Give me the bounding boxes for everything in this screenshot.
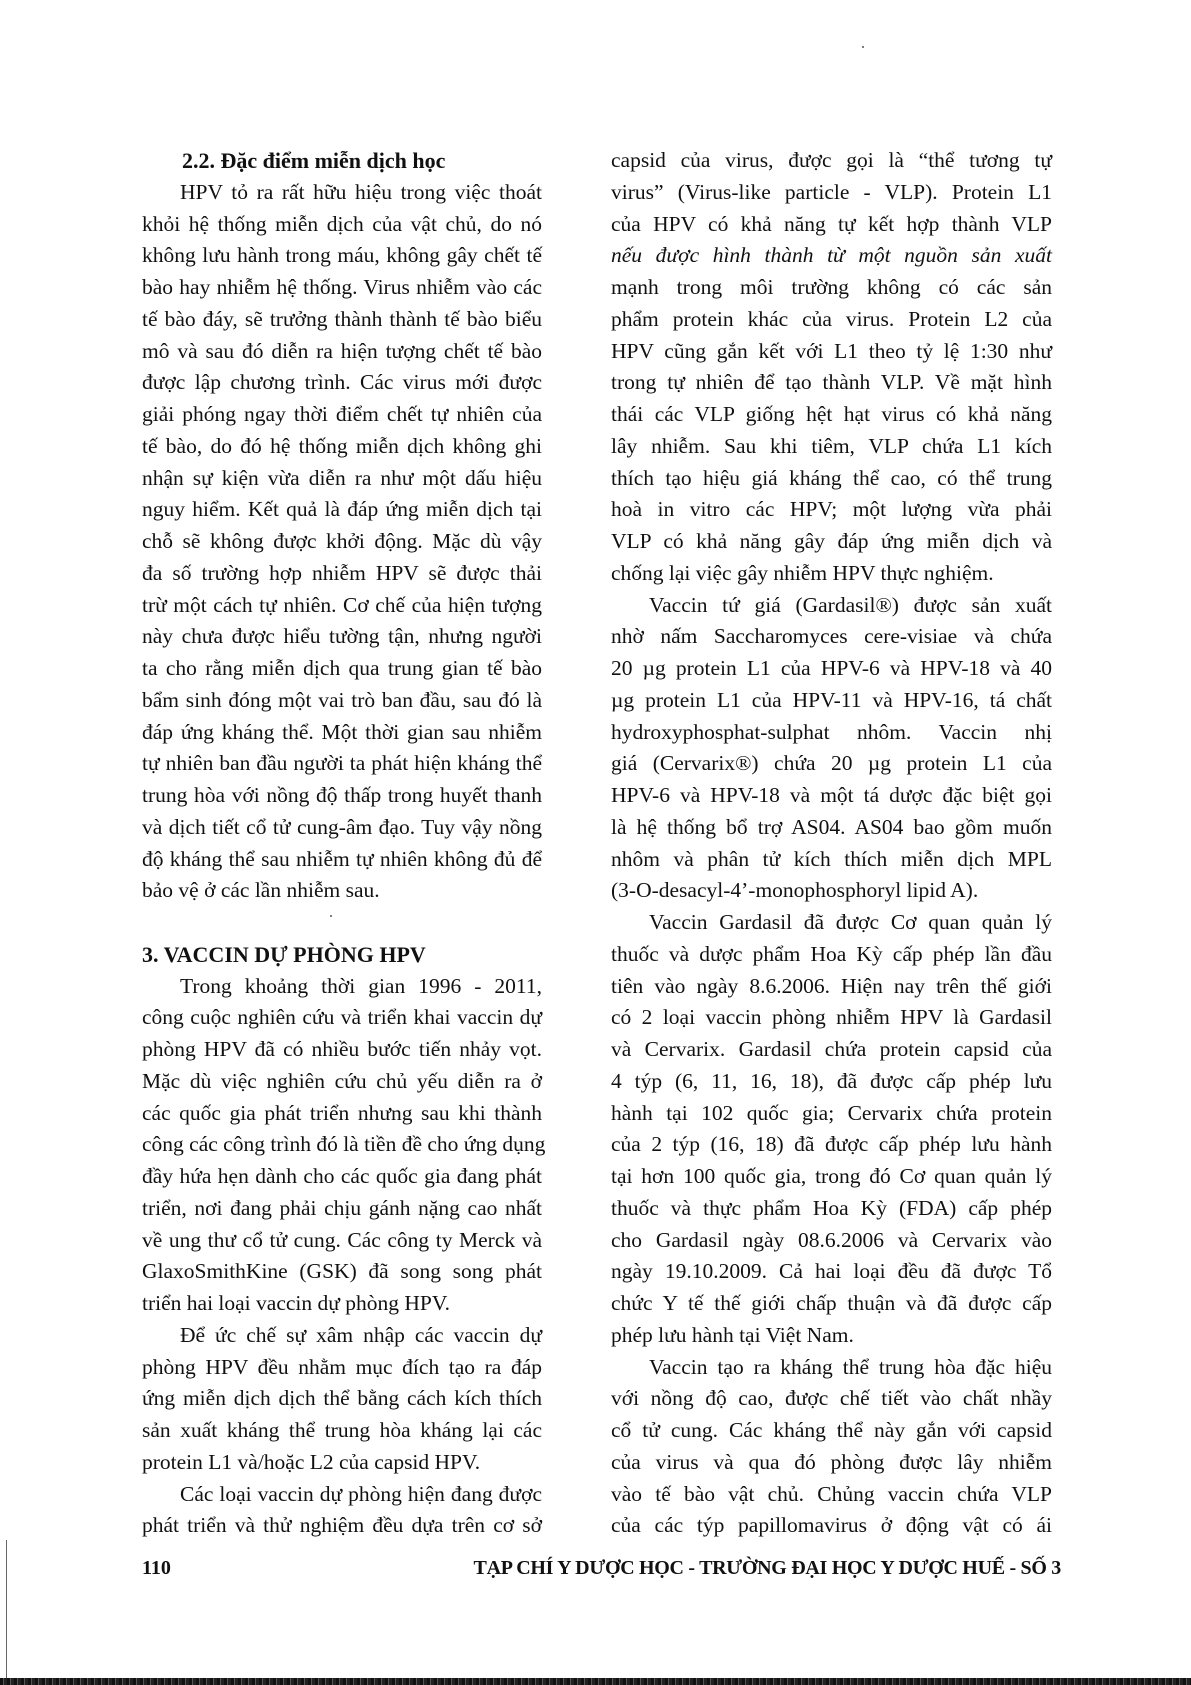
text-line: chức Y tế thế giới chấp thuận và đã được… (611, 1288, 1052, 1320)
text-line: hành tại 102 quốc gia; Cervarix chứa pro… (611, 1098, 1052, 1130)
text-line: cổ tử cung. Các kháng thể này gắn với ca… (611, 1415, 1052, 1447)
text-line: tế bào đáy, sẽ trưởng thành thành tế bào… (142, 304, 542, 336)
scan-speck (862, 46, 864, 48)
text-line: được lập chương trình. Các virus mới đượ… (142, 367, 542, 399)
text-line: HPV-6 và HPV-18 và một tá dược đặc biệt … (611, 780, 1052, 812)
text-line: nhôm và phân tử kích thích miễn dịch MPL (611, 844, 1052, 876)
text-line: phát triển và thử nghiệm đều dựa trên cơ… (142, 1510, 542, 1542)
text-line: thích tạo hiệu giá kháng thể cao, có thể… (611, 463, 1052, 495)
text-line: với nồng độ cao, được chế tiết vào chất … (611, 1383, 1052, 1415)
text-line: của 2 týp (16, 18) đã được cấp phép lưu … (611, 1129, 1052, 1161)
text-line: về ung thư cổ tử cung. Các công ty Merck… (142, 1225, 542, 1257)
text-line: ta cho rằng miễn dịch qua trung gian tế … (142, 653, 542, 685)
text-line: nếu được hình thành từ một nguồn sản xuấ… (611, 240, 1052, 272)
text-line: phòng HPV đã có nhiều bước tiến nhảy vọt… (142, 1034, 542, 1066)
text-line: độ kháng thể sau nhiễm tự nhiên không đủ… (142, 844, 542, 876)
text-line: giải phóng ngay thời điểm chết tự nhiên … (142, 399, 542, 431)
left-column: 2.2. Đặc điểm miễn dịch học HPV tỏ ra rấ… (142, 145, 542, 1542)
text-line: đầy hứa hẹn dành cho các quốc gia đang p… (142, 1161, 542, 1193)
text-line: HPV tỏ ra rất hữu hiệu trong việc thoát (142, 177, 542, 209)
text-line: trong tự nhiên để tạo thành VLP. Về mặt … (611, 367, 1052, 399)
scan-speck (330, 915, 332, 917)
text-line: nhờ nấm Saccharomyces cere-visiae và chứ… (611, 621, 1052, 653)
text-line: Vaccin tạo ra kháng thể trung hòa đặc hi… (611, 1352, 1052, 1384)
text-line: của các týp papillomavirus ở động vật có… (611, 1510, 1052, 1542)
text-line: GlaxoSmithKine (GSK) đã song song phát (142, 1256, 542, 1288)
text-line: µg protein L1 của HPV-11 và HPV-16, tá c… (611, 685, 1052, 717)
text-line: thuốc và thực phẩm Hoa Kỳ (FDA) cấp phép (611, 1193, 1052, 1225)
text-line: phép lưu hành tại Việt Nam. (611, 1320, 1052, 1352)
text-line: VLP có khả năng gây đáp ứng miễn dịch và (611, 526, 1052, 558)
text-line: phẩm protein khác của virus. Protein L2 … (611, 304, 1052, 336)
text-line: ngày 19.10.2009. Cả hai loại đều đã được… (611, 1256, 1052, 1288)
text-line: bào hay nhiễm hệ thống. Virus nhiễm vào … (142, 272, 542, 304)
text-line: capsid của virus, được gọi là “thể tương… (611, 145, 1052, 177)
text-line: HPV cũng gắn kết với L1 theo tỷ lệ 1:30 … (611, 336, 1052, 368)
text-line: hydroxyphosphat-sulphat nhôm. Vaccin nhị (611, 717, 1052, 749)
text-line: tại hơn 100 quốc gia, trong đó Cơ quan q… (611, 1161, 1052, 1193)
text-line: (3-O-desacyl-4’-monophosphoryl lipid A). (611, 875, 1052, 907)
text-line: lây nhiễm. Sau khi tiêm, VLP chứa L1 kíc… (611, 431, 1052, 463)
text-line: triển hai loại vaccin dự phòng HPV. (142, 1288, 542, 1320)
text-line: Mặc dù việc nghiên cứu chủ yếu diễn ra ở (142, 1066, 542, 1098)
text-line: chỗ sẽ không được khởi động. Mặc dù vậy (142, 526, 542, 558)
text-line: Để ức chế sự xâm nhập các vaccin dự (142, 1320, 542, 1352)
text-line: sản xuất kháng thể trung hòa kháng lại c… (142, 1415, 542, 1447)
text-line: ứng miễn dịch dịch thể bằng cách kích th… (142, 1383, 542, 1415)
text-line: thuốc và dược phẩm Hoa Kỳ cấp phép lần đ… (611, 939, 1052, 971)
text-line: trừ một cách tự nhiên. Cơ chế của hiện t… (142, 590, 542, 622)
text-line: và Cervarix. Gardasil chứa protein capsi… (611, 1034, 1052, 1066)
text-line: là hệ thống bổ trợ AS04. AS04 bao gồm mu… (611, 812, 1052, 844)
text-line: tiên vào ngày 8.6.2006. Hiện nay trên th… (611, 971, 1052, 1003)
text-line: nguy hiểm. Kết quả là đáp ứng miễn dịch … (142, 494, 542, 526)
text-line: của virus và qua đó phòng được lây nhiễm (611, 1447, 1052, 1479)
scan-bottom-edge (0, 1678, 1191, 1685)
text-line: giá (Cervarix®) chứa 20 µg protein L1 củ… (611, 748, 1052, 780)
text-line: chống lại việc gây nhiễm HPV thực nghiệm… (611, 558, 1052, 590)
text-line: thái các VLP giống hệt hạt virus có khả … (611, 399, 1052, 431)
text-line: có 2 loại vaccin phòng nhiễm HPV là Gard… (611, 1002, 1052, 1034)
text-line: hoà in vitro các HPV; một lượng vừa phải (611, 494, 1052, 526)
text-line: bẩm sinh đóng một vai trò ban đầu, sau đ… (142, 685, 542, 717)
page-number: 110 (142, 1557, 171, 1580)
text-line: cho Gardasil ngày 08.6.2006 và Cervarix … (611, 1225, 1052, 1257)
scan-edge-line (6, 1540, 7, 1680)
text-line: đa số trường hợp nhiễm HPV sẽ được thải (142, 558, 542, 590)
text-line: bảo vệ ở các lần nhiễm sau. (142, 875, 542, 907)
text-line: phòng HPV đều nhằm mục đích tạo ra đáp (142, 1352, 542, 1384)
section-heading-3: 3. VACCIN DỰ PHÒNG HPV (142, 939, 542, 971)
text-line: không lưu hành trong máu, không gây chết… (142, 240, 542, 272)
text-line: công các công trình đó là tiền đề cho ứn… (142, 1129, 542, 1161)
text-line: triển, nơi đang phải chịu gánh nặng cao … (142, 1193, 542, 1225)
text-line: Vaccin tứ giá (Gardasil®) được sản xuất (611, 590, 1052, 622)
text-line: Vaccin Gardasil đã được Cơ quan quản lý (611, 907, 1052, 939)
text-line: mạnh trong môi trường không có các sản (611, 272, 1052, 304)
text-line: 20 µg protein L1 của HPV-6 và HPV-18 và … (611, 653, 1052, 685)
text-line: của HPV có khả năng tự kết hợp thành VLP (611, 209, 1052, 241)
text-line: các quốc gia phát triển nhưng sau khi th… (142, 1098, 542, 1130)
text-line: khỏi hệ thống miễn dịch của vật chủ, do … (142, 209, 542, 241)
text-line: Trong khoảng thời gian 1996 - 2011, (142, 971, 542, 1003)
text-line: virus” (Virus-like particle - VLP). Prot… (611, 177, 1052, 209)
text-line: protein L1 và/hoặc L2 của capsid HPV. (142, 1447, 542, 1479)
text-line: nhận sự kiện vừa diễn ra như một dấu hiệ… (142, 463, 542, 495)
text-line: đáp ứng kháng thể. Một thời gian sau nhi… (142, 717, 542, 749)
text-line: tự nhiên ban đầu người ta phát hiện khán… (142, 748, 542, 780)
text-line: công cuộc nghiên cứu và triển khai vacci… (142, 1002, 542, 1034)
section-heading-2-2: 2.2. Đặc điểm miễn dịch học (142, 145, 542, 177)
section-gap (142, 907, 542, 939)
text-line: và dịch tiết cổ tử cung-âm đạo. Tuy vậy … (142, 812, 542, 844)
text-line: vào tế bào vật chủ. Chủng vaccin chứa VL… (611, 1479, 1052, 1511)
journal-title: TẠP CHÍ Y DƯỢC HỌC - TRƯỜNG ĐẠI HỌC Y DƯ… (474, 1557, 1061, 1580)
text-line: tế bào, do đó hệ thống miễn dịch không g… (142, 431, 542, 463)
text-line: Các loại vaccin dự phòng hiện đang được (142, 1479, 542, 1511)
text-line: mô và sau đó diễn ra hiện tượng chết tế … (142, 336, 542, 368)
right-column: capsid của virus, được gọi là “thể tương… (611, 145, 1052, 1542)
text-line: 4 týp (6, 11, 16, 18), đã được cấp phép … (611, 1066, 1052, 1098)
text-line: này chưa được hiểu tường tận, nhưng ngườ… (142, 621, 542, 653)
text-line: trung hòa với nồng độ thấp trong huyết t… (142, 780, 542, 812)
